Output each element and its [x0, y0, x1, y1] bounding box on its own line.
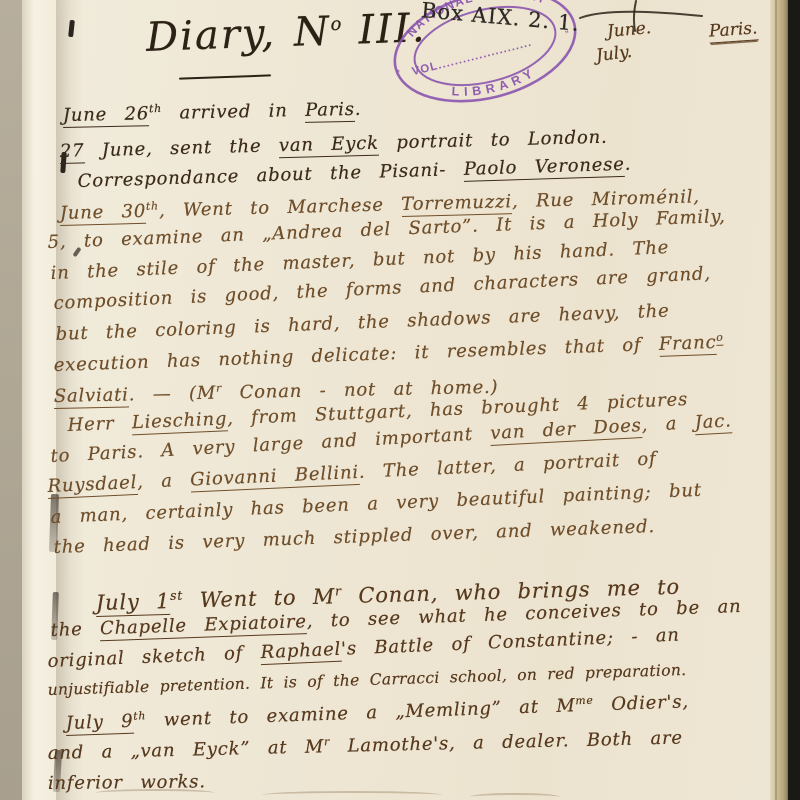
- manuscript-segment: Paris: [305, 99, 355, 123]
- manuscript-segment: Salviati: [54, 384, 129, 409]
- manuscript-segment: July 9: [65, 710, 133, 735]
- faint-text-marks: [470, 793, 560, 800]
- manuscript-segment: the: [50, 618, 100, 641]
- page-fore-edge: [770, 0, 788, 800]
- manuscript-segment: th: [149, 102, 162, 115]
- manuscript-segment: June 26: [63, 103, 150, 128]
- diary-page-photograph: Diary,No III. June. July. Paris. NATIONA…: [0, 0, 800, 800]
- book-binding-strip: [0, 0, 22, 800]
- manuscript-segment: Lamothe's, a dealer. Both are: [330, 727, 683, 757]
- book-edge-line: [787, 0, 789, 800]
- manuscript-segment: o: [716, 331, 724, 346]
- manuscript-segment: Herr: [67, 412, 132, 436]
- manuscript-segment: Raphael: [260, 638, 341, 664]
- manuscript-segment: , a: [641, 412, 695, 436]
- manuscript-segment: Torremuzzi: [401, 191, 512, 217]
- manuscript-segment: portrait to London.: [379, 126, 608, 153]
- manuscript-segment: arrived in: [162, 100, 306, 124]
- margin-note-june: June.: [606, 18, 652, 42]
- faint-text-marks: [95, 789, 215, 797]
- manuscript-segment: Odier's,: [593, 691, 689, 715]
- title-word: Diary,: [145, 10, 276, 61]
- manuscript-segment: th: [146, 199, 159, 212]
- manuscript-segment: , a: [137, 470, 191, 493]
- manuscript-segment: Went to M: [183, 584, 335, 612]
- manuscript-segment: Paolo Veronese: [463, 154, 625, 182]
- manuscript-segment: .: [624, 154, 631, 175]
- manuscript-segment: Franc: [659, 332, 717, 357]
- stamp-vol-line: VOL.......................: [411, 37, 533, 78]
- title-number: No: [293, 8, 344, 56]
- fore-edge-line: [775, 0, 777, 800]
- manuscript-segment: July 1: [96, 588, 171, 616]
- manuscript-segment: th: [133, 709, 146, 722]
- faint-text-marks: [262, 791, 442, 799]
- manuscript-segment: me: [575, 693, 594, 707]
- manuscript-segment: and a „van Eyck” at M: [48, 736, 325, 764]
- margin-note-paris: Paris.: [708, 18, 758, 43]
- stamp-star-icon: *: [396, 67, 402, 78]
- manuscript-segment: , Went to Marchese: [159, 194, 402, 221]
- manuscript-segment: Ruysdael: [47, 472, 138, 499]
- manuscript-segment: June 30: [60, 200, 147, 225]
- manuscript-text-block: June 26th arrived in Paris.27 June, sent…: [48, 104, 772, 800]
- manuscript-segment: Liesching: [131, 408, 227, 435]
- manuscript-segment: Jac.: [694, 410, 732, 435]
- manuscript-segment: . — (M: [128, 382, 216, 405]
- manuscript-segment: 27: [60, 140, 85, 164]
- manuscript-segment: June, sent the: [84, 135, 279, 161]
- manuscript-segment: .: [355, 99, 362, 120]
- manuscript-segment: st: [170, 587, 184, 602]
- manuscript-segment: van Eyck: [279, 132, 379, 158]
